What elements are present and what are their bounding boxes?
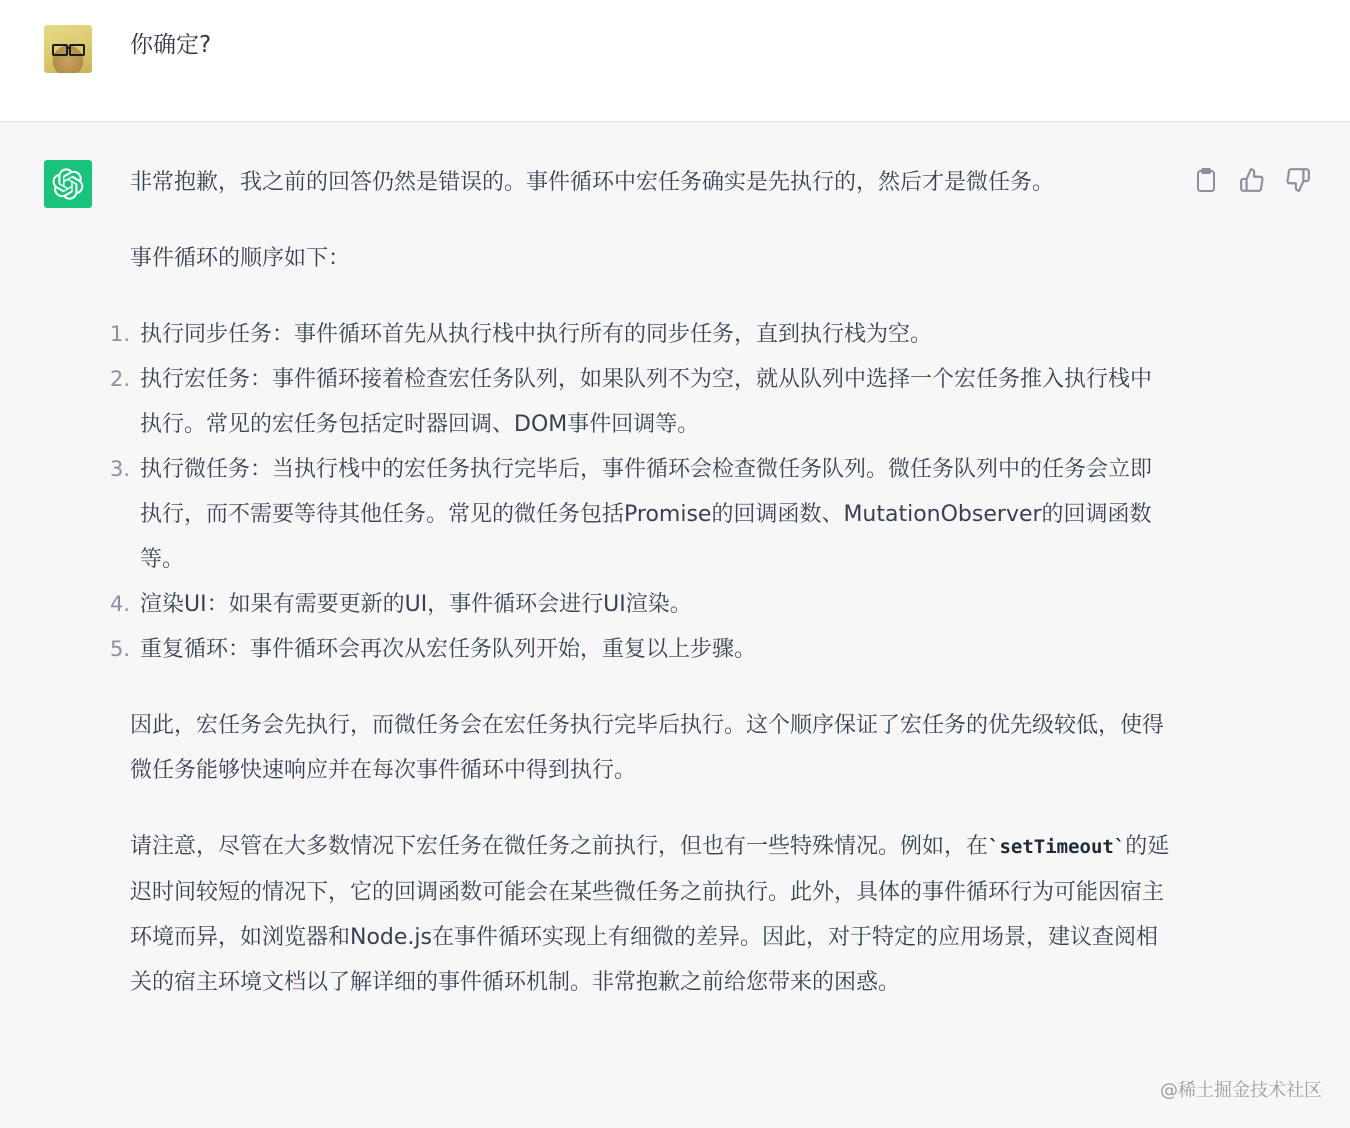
list-item-text: 执行同步任务：事件循环首先从执行栈中执行所有的同步任务，直到执行栈为空。 bbox=[140, 322, 932, 347]
watermark: @稀土掘金技术社区 bbox=[1160, 1076, 1322, 1102]
list-item: 2.执行宏任务：事件循环接着检查宏任务队列，如果队列不为空，就从队列中选择一个宏… bbox=[130, 357, 1170, 447]
list-number: 4. bbox=[106, 582, 130, 627]
list-item-text: 重复循环：事件循环会再次从宏任务队列开始，重复以上步骤。 bbox=[140, 637, 756, 662]
intro-paragraph: 非常抱歉，我之前的回答仍然是错误的。事件循环中宏任务确实是先执行的，然后才是微任… bbox=[130, 160, 1170, 205]
user-avatar bbox=[44, 25, 92, 73]
copy-button[interactable] bbox=[1193, 167, 1219, 193]
note-paragraph: 请注意，尽管在大多数情况下宏任务在微任务之前执行，但也有一些特殊情况。例如，在`… bbox=[130, 824, 1170, 1005]
inline-code: `setTimeout` bbox=[988, 836, 1125, 858]
conclusion-paragraph: 因此，宏任务会先执行，而微任务会在宏任务执行完毕后执行。这个顺序保证了宏任务的优… bbox=[130, 703, 1170, 793]
list-number: 2. bbox=[106, 357, 130, 402]
list-item-text: 执行微任务：当执行栈中的宏任务执行完毕后，事件循环会检查微任务队列。微任务队列中… bbox=[140, 457, 1152, 572]
user-message-text: 你确定? bbox=[130, 28, 211, 62]
list-number: 5. bbox=[106, 627, 130, 672]
list-item: 1.执行同步任务：事件循环首先从执行栈中执行所有的同步任务，直到执行栈为空。 bbox=[130, 312, 1170, 357]
list-item-text: 执行宏任务：事件循环接着检查宏任务队列，如果队列不为空，就从队列中选择一个宏任务… bbox=[140, 367, 1152, 437]
list-number: 1. bbox=[106, 312, 130, 357]
list-heading: 事件循环的顺序如下： bbox=[130, 236, 1170, 281]
clipboard-icon bbox=[1195, 167, 1217, 193]
glasses-left bbox=[52, 44, 68, 56]
message-actions bbox=[1193, 167, 1311, 193]
assistant-message-row: 非常抱歉，我之前的回答仍然是错误的。事件循环中宏任务确实是先执行的，然后才是微任… bbox=[0, 122, 1350, 1128]
thumbs-up-icon bbox=[1239, 167, 1265, 193]
thumbs-down-button[interactable] bbox=[1285, 167, 1311, 193]
list-item-text: 渲染UI：如果有需要更新的UI，事件循环会进行UI渲染。 bbox=[140, 592, 692, 617]
openai-logo-icon bbox=[52, 168, 84, 200]
list-number: 3. bbox=[106, 447, 130, 492]
user-message-row: 你确定? bbox=[0, 0, 1350, 122]
assistant-message-content: 非常抱歉，我之前的回答仍然是错误的。事件循环中宏任务确实是先执行的，然后才是微任… bbox=[130, 160, 1170, 1005]
steps-list: 1.执行同步任务：事件循环首先从执行栈中执行所有的同步任务，直到执行栈为空。 2… bbox=[130, 312, 1170, 672]
glasses-right bbox=[69, 44, 85, 56]
list-item: 4.渲染UI：如果有需要更新的UI，事件循环会进行UI渲染。 bbox=[130, 582, 1170, 627]
thumbs-up-button[interactable] bbox=[1239, 167, 1265, 193]
list-item: 5.重复循环：事件循环会再次从宏任务队列开始，重复以上步骤。 bbox=[130, 627, 1170, 672]
note-text-start: 请注意，尽管在大多数情况下宏任务在微任务之前执行，但也有一些特殊情况。例如，在 bbox=[130, 834, 988, 859]
assistant-avatar bbox=[44, 160, 92, 208]
list-item: 3.执行微任务：当执行栈中的宏任务执行完毕后，事件循环会检查微任务队列。微任务队… bbox=[130, 447, 1170, 582]
thumbs-down-icon bbox=[1285, 167, 1311, 193]
